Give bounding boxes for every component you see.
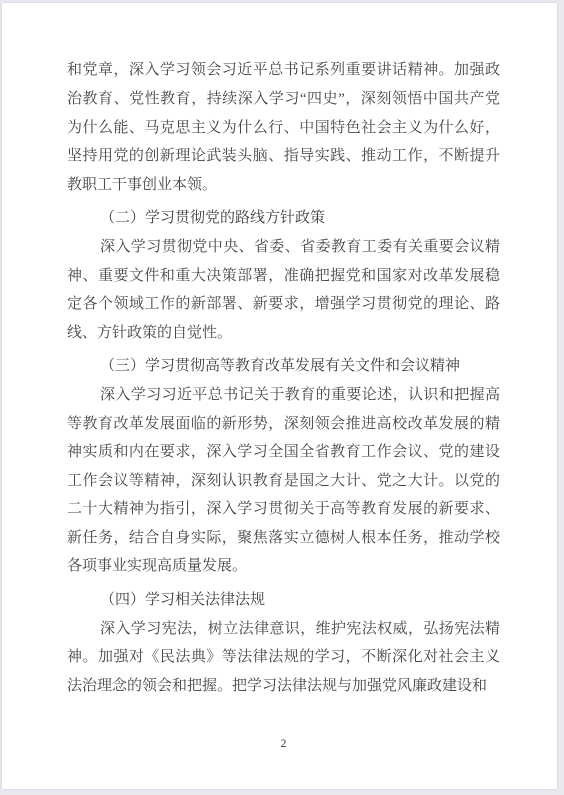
document-page: 和党章，深入学习领会习近平总书记系列重要讲话精神。加强政治教育、党性教育，持续深… — [2, 3, 557, 789]
document-body: 和党章，深入学习领会习近平总书记系列重要讲话精神。加强政治教育、党性教育，持续深… — [67, 56, 500, 700]
section-heading: （三）学习贯彻高等教育改革发展有关文件和会议精神 — [67, 352, 500, 381]
body-paragraph: 深入学习宪法，树立法律意识，维护宪法权威，弘扬宪法精神。加强对《民法典》等法律法… — [67, 615, 500, 701]
body-paragraph: 深入学习习近平总书记关于教育的重要论述，认识和把握高等教育改革发展面临的新形势，… — [67, 381, 500, 581]
document-viewer: 和党章，深入学习领会习近平总书记系列重要讲话精神。加强政治教育、党性教育，持续深… — [0, 0, 564, 795]
body-paragraph: 深入学习贯彻党中央、省委、省委教育工委有关重要会议精神、重要文件和重大决策部署，… — [67, 233, 500, 347]
section-heading: （二）学习贯彻党的路线方针政策 — [67, 204, 500, 233]
body-paragraph: 和党章，深入学习领会习近平总书记系列重要讲话精神。加强政治教育、党性教育，持续深… — [67, 56, 500, 199]
page-number: 2 — [67, 736, 500, 751]
section-heading: （四）学习相关法律法规 — [67, 586, 500, 615]
